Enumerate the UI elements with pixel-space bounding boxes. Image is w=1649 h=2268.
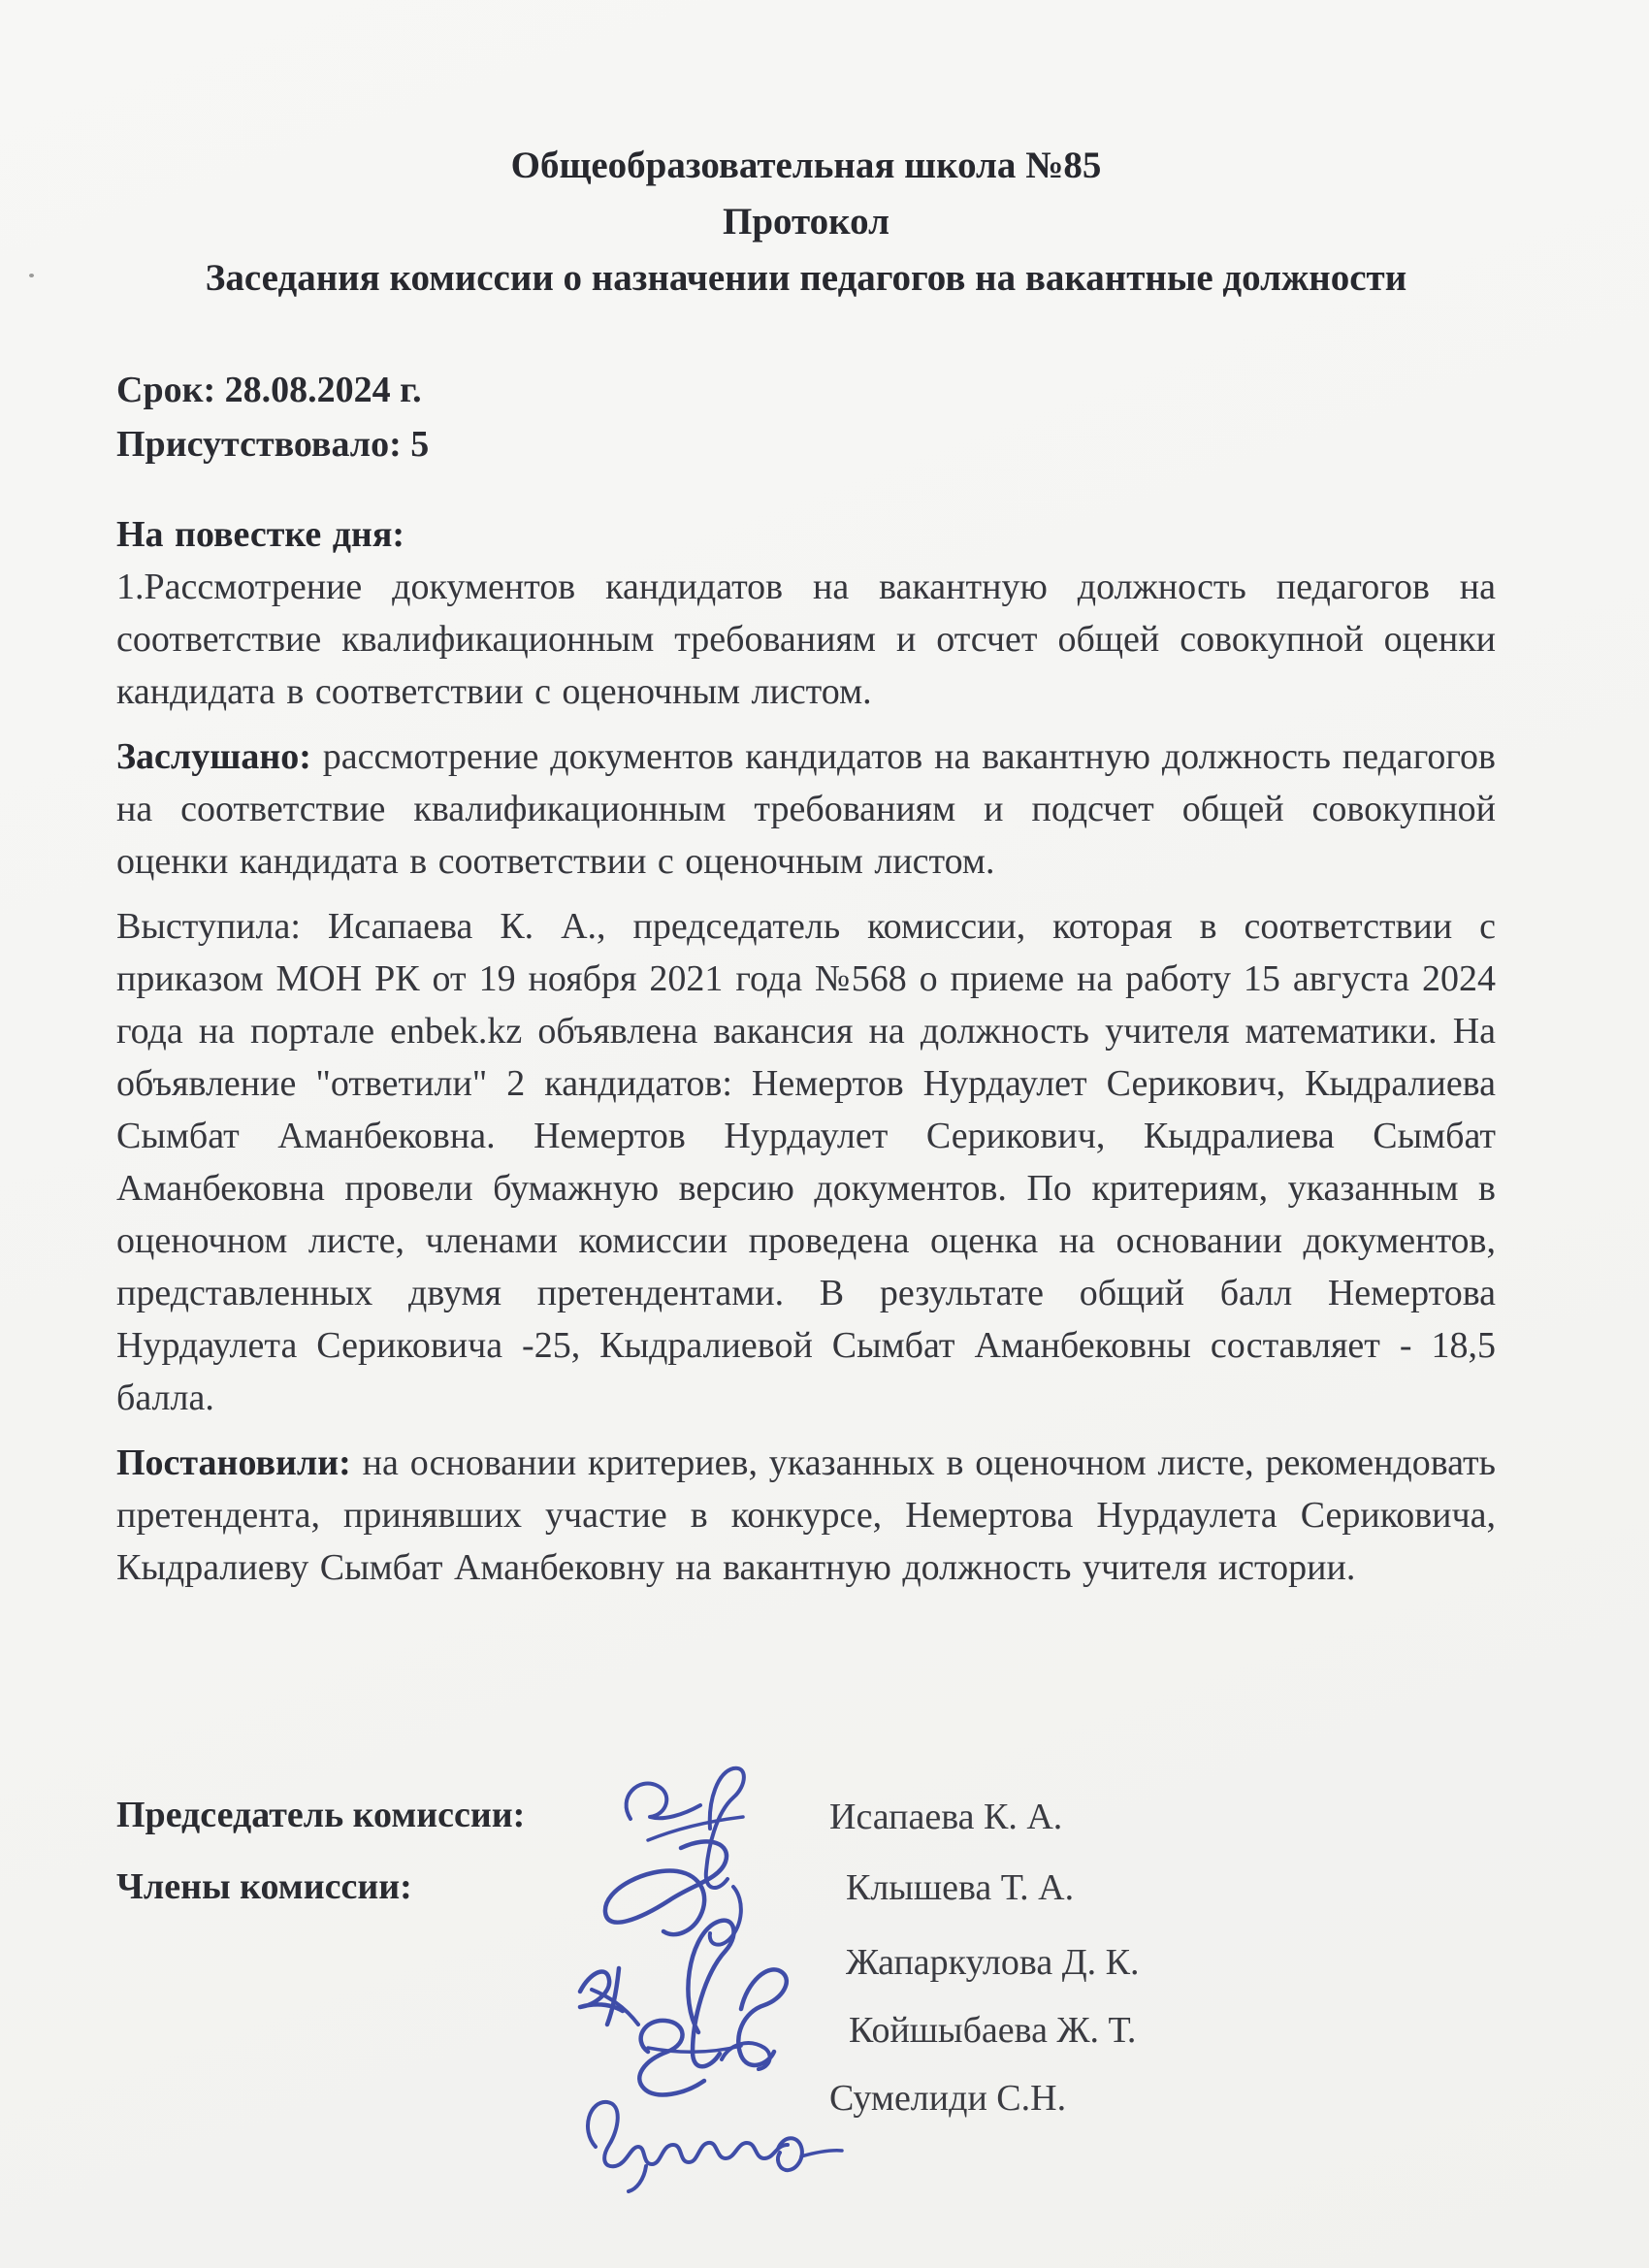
signer-name-isapaeva: Исапаева К. А. (829, 1796, 1062, 1838)
document-title: Общеобразовательная школа №85 Протокол З… (116, 138, 1496, 307)
spoke-paragraph: Выступила: Исапаева К. А., председатель … (116, 900, 1496, 1424)
agenda-section: На повестке дня: 1.Рассмотрение документ… (116, 508, 1496, 718)
title-line-school: Общеобразовательная школа №85 (116, 138, 1496, 194)
chair-label: Председатель комиссии: (116, 1794, 525, 1836)
signature-sumelidi-ink (588, 2102, 842, 2191)
agenda-item: 1.Рассмотрение документов кандидатов на … (116, 567, 1496, 712)
signer-name-klysheva: Клышева Т. А. (846, 1866, 1074, 1909)
meta-term: Срок: 28.08.2024 г. (116, 363, 1496, 417)
spoke-lead: Выступила: (116, 906, 301, 947)
scan-speck (29, 274, 34, 277)
title-line-subject: Заседания комиссии о назначении педагого… (116, 250, 1496, 307)
heard-text: рассмотрение документов кандидатов на ва… (116, 736, 1496, 882)
resolved-paragraph: Постановили: на основании критериев, ука… (116, 1437, 1496, 1594)
heard-lead: Заслушано: (116, 736, 311, 777)
signature-isapaeva-ink (627, 1768, 744, 1888)
members-label: Члены комиссии: (116, 1865, 412, 1908)
signature-zhaparkulova-ink (580, 1921, 787, 2067)
signature-koishybaeva-ink (639, 2021, 769, 2095)
signer-name-sumelidi: Сумелиди С.Н. (829, 2077, 1066, 2120)
signer-name-zhaparkulova: Жапаркулова Д. К. (846, 1941, 1139, 1984)
agenda-heading: На повестке дня: (116, 508, 1496, 561)
heard-paragraph: Заслушано: рассмотрение документов канди… (116, 730, 1496, 888)
meta-attended: Присутствовало: 5 (116, 417, 1496, 471)
protocol-document-page: Общеобразовательная школа №85 Протокол З… (0, 0, 1649, 2268)
signature-klysheva-ink (605, 1841, 741, 1944)
spoke-text: Исапаева К. А., председатель комиссии, к… (116, 906, 1496, 1418)
resolved-lead: Постановили: (116, 1442, 351, 1483)
signature-section: Председатель комиссии: Члены комиссии: И… (116, 1757, 1496, 2242)
meta-block: Срок: 28.08.2024 г. Присутствовало: 5 (116, 363, 1496, 471)
signer-name-koishybaeva: Койшыбаева Ж. Т. (849, 2009, 1136, 2052)
title-line-protocol: Протокол (116, 194, 1496, 250)
